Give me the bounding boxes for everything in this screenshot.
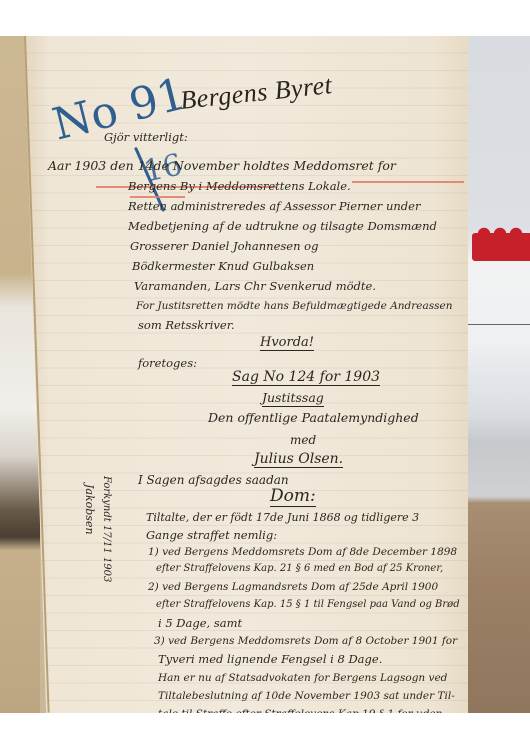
shelf-edge-line xyxy=(460,324,530,325)
line-tiltalebeslutning: Tiltalebeslutning af 10de November 1903 … xyxy=(158,691,455,702)
line-dom: Dom: xyxy=(270,488,316,507)
margin-note-text: Forkyndt 17/11 1903 xyxy=(101,476,112,582)
line-bergens-by: Bergens By i Meddomsrettens Lokale. xyxy=(128,181,351,193)
line-defendant: Julius Olsen. xyxy=(254,452,343,468)
margin-signature-text: Jakobsen xyxy=(83,484,96,535)
line-justitsretten: For Justitsretten mödte hans Befuldmægti… xyxy=(136,301,453,312)
line-conviction-2-detail: efter Straffelovens Kap. 15 § 1 til Feng… xyxy=(156,600,460,610)
line-bodkermester: Bödkermester Knud Gulbaksen xyxy=(132,261,314,273)
line-conviction-1: 1) ved Bergens Meddomsrets Dom af 8de De… xyxy=(148,547,457,558)
document-photo: No 91 16 Bergens Byret Gjör vitterligt: … xyxy=(0,36,530,713)
line-sag-number: Sag No 124 for 1903 xyxy=(232,370,380,386)
line-i-5-dage: i 5 Dage, samt xyxy=(158,618,242,630)
red-object xyxy=(472,233,530,261)
line-statsadvokaten: Han er nu af Statsadvokaten for Bergens … xyxy=(158,673,447,684)
line-conviction-3: 3) ved Bergens Meddomsrets Dom af 8 Octo… xyxy=(154,636,457,647)
line-medbetjening: Medbetjening af de udtrukne og tilsagte … xyxy=(128,221,437,233)
line-hvorda: Hvorda! xyxy=(260,336,314,351)
line-retten: Retten administreredes af Assessor Piern… xyxy=(128,201,420,213)
line-i-sagen: I Sagen afsagdes saadan xyxy=(138,474,289,486)
line-gange: Gange straffet nemlig: xyxy=(146,530,277,542)
line-grosserer: Grosserer Daniel Johannesen og xyxy=(130,241,318,253)
line-med: med xyxy=(290,434,316,446)
margin-signature: Jakobsen xyxy=(83,484,96,535)
red-underline-meddomsret xyxy=(352,181,464,183)
line-tiltalte: Tiltalte, der er födt 17de Juni 1868 og … xyxy=(146,512,419,523)
red-underline-bergens xyxy=(130,196,185,198)
line-tyveri: Tyveri med lignende Fengsel i 8 Dage. xyxy=(158,654,382,666)
background-right xyxy=(462,36,530,713)
line-foretoges: foretoges: xyxy=(138,358,197,370)
margin-note: Forkyndt 17/11 1903 xyxy=(101,476,112,582)
line-conviction-2: 2) ved Bergens Lagmandsrets Dom af 25de … xyxy=(148,582,438,593)
line-varamanden: Varamanden, Lars Chr Svenkerud mödte. xyxy=(134,281,376,293)
line-paatalemyndighed: Den offentlige Paatalemyndighed xyxy=(208,412,419,425)
line-tale-til-straffe: tale til Straffe efter Straffelovens Kap… xyxy=(158,709,442,713)
line-gjor-vitterligt: Gjör vitterligt: xyxy=(104,132,188,144)
line-retsskriver: som Retsskriver. xyxy=(138,320,235,332)
line-date: Aar 1903 den 14de November holdtes Meddo… xyxy=(48,160,396,173)
line-justitssag: Justitssag xyxy=(262,392,324,407)
line-conviction-1-detail: efter Straffelovens Kap. 21 § 6 med en B… xyxy=(156,564,443,574)
